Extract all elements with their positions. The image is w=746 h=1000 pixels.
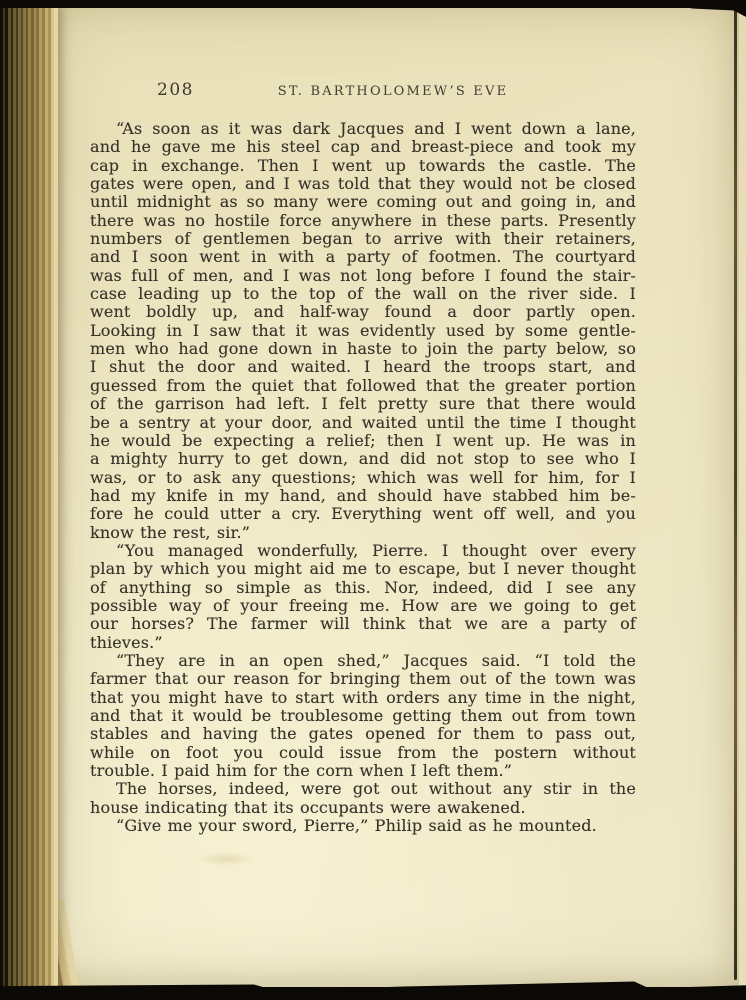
text-line: of anything so simple as this. Nor, inde…	[90, 579, 636, 597]
text-line: and that it would be troublesome getting…	[90, 707, 636, 725]
text-line: stables and having the gates opened for …	[90, 725, 636, 743]
text-block: “As soon as it was dark Jacques and I we…	[90, 120, 636, 835]
text-line: numbers of gentlemen began to arrive wit…	[90, 230, 636, 248]
text-line: fore he could utter a cry. Everything we…	[90, 505, 636, 523]
text-line: farmer that our reason for bringing them…	[90, 670, 636, 688]
text-line: case leading up to the top of the wall o…	[90, 285, 636, 303]
text-line: thieves.”	[90, 634, 636, 652]
paragraph: “Give me your sword, Pierre,” Philip sai…	[90, 817, 636, 835]
text-line: cap in exchange. Then I went up towards …	[90, 157, 636, 175]
book-scan-page: 208 ST. BARTHOLOMEW’S EVE “As soon as it…	[0, 0, 746, 1000]
page-edges-left	[0, 0, 58, 1000]
text-line: plan by which you might aid me to escape…	[90, 560, 636, 578]
text-line: possible way of your freeing me. How are…	[90, 597, 636, 615]
text-line: until midnight as so many were coming ou…	[90, 193, 636, 211]
text-line: “Give me your sword, Pierre,” Philip sai…	[90, 817, 636, 835]
text-line: Looking in I saw that it was evidently u…	[90, 322, 636, 340]
text-line: was, or to ask any questions; which was …	[90, 469, 636, 487]
text-line: I shut the door and waited. I heard the …	[90, 358, 636, 376]
next-page-sliver	[739, 7, 746, 986]
text-line: went boldly up, and half-way found a doo…	[90, 303, 636, 321]
text-line: our horses? The farmer will think that w…	[90, 615, 636, 633]
text-line: that you might have to start with orders…	[90, 689, 636, 707]
running-title: ST. BARTHOLOMEW’S EVE	[278, 84, 509, 99]
text-line: gates were open, and I was told that the…	[90, 175, 636, 193]
text-line: “They are in an open shed,” Jacques said…	[90, 652, 636, 670]
text-line: The horses, indeed, were got out without…	[90, 780, 636, 798]
text-line: men who had gone down in haste to join t…	[90, 340, 636, 358]
paper-blemish	[196, 852, 256, 866]
text-line: and he gave me his steel cap and breast-…	[90, 138, 636, 156]
text-line: house indicating that its occupants were…	[90, 799, 636, 817]
text-line: know the rest, sir.”	[90, 524, 636, 542]
text-line: “You managed wonderfully, Pierre. I thou…	[90, 542, 636, 560]
text-line: guessed from the quiet that followed tha…	[90, 377, 636, 395]
page-edge-right	[734, 8, 737, 980]
paragraph: “As soon as it was dark Jacques and I we…	[90, 120, 636, 542]
text-line: and I soon went in with a party of footm…	[90, 248, 636, 266]
text-line: there was no hostile force anywhere in t…	[90, 212, 636, 230]
paragraph: “You managed wonderfully, Pierre. I thou…	[90, 542, 636, 652]
text-line: be a sentry at your door, and waited unt…	[90, 414, 636, 432]
paragraph: “They are in an open shed,” Jacques said…	[90, 652, 636, 780]
text-line: trouble. I paid him for the corn when I …	[90, 762, 636, 780]
text-line: had my knife in my hand, and should have…	[90, 487, 636, 505]
scan-border-top	[0, 0, 746, 8]
text-line: of the garrison had left. I felt pretty …	[90, 395, 636, 413]
text-line: while on foot you could issue from the p…	[90, 744, 636, 762]
page-number: 208	[157, 80, 194, 100]
text-line: “As soon as it was dark Jacques and I we…	[90, 120, 636, 138]
text-line: was full of men, and I was not long befo…	[90, 267, 636, 285]
text-line: he would be expecting a relief; then I w…	[90, 432, 636, 450]
paragraph: The horses, indeed, were got out without…	[90, 780, 636, 817]
text-line: a mighty hurry to get down, and did not …	[90, 450, 636, 468]
